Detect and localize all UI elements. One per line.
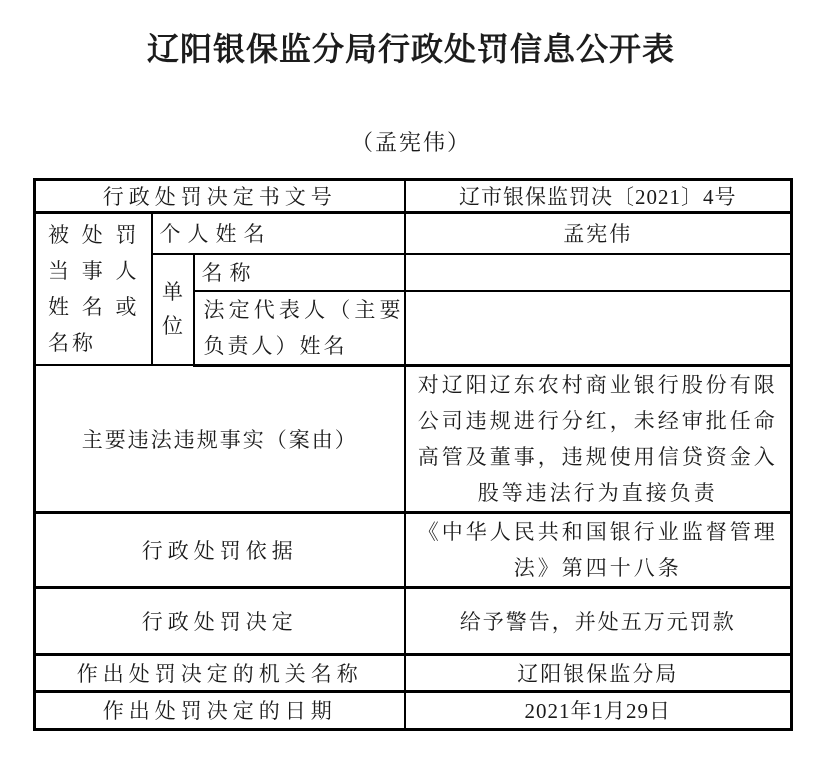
facts-value: 对辽阳辽东农村商业银行股份有限公司违规进行分红，未经审批任命高管及董事，违规使用… <box>405 365 792 512</box>
date-value: 2021年1月29日 <box>405 691 792 729</box>
subject-name-subtitle: （孟宪伟） <box>0 126 822 157</box>
doc-number-label: 行政处罚决定书文号 <box>35 180 405 213</box>
doc-number-value: 辽市银保监罚决〔2021〕4号 <box>405 180 792 213</box>
penalty-info-table: 行政处罚决定书文号 辽市银保监罚决〔2021〕4号 被处罚当事人姓名或名称 个人… <box>33 178 793 731</box>
basis-value: 《中华人民共和国银行业监督管理法》第四十八条 <box>405 512 792 587</box>
personal-name-value: 孟宪伟 <box>405 213 792 254</box>
decision-label: 行政处罚决定 <box>35 587 405 654</box>
table-row: 作出处罚决定的机关名称 辽阳银保监分局 <box>35 654 792 691</box>
table-row: 行政处罚决定 给予警告，并处五万元罚款 <box>35 587 792 654</box>
table-row: 行政处罚决定书文号 辽市银保监罚决〔2021〕4号 <box>35 180 792 213</box>
unit-name-label: 名称 <box>194 254 405 291</box>
table-row: 主要违法违规事实（案由） 对辽阳辽东农村商业银行股份有限公司违规进行分红，未经审… <box>35 365 792 512</box>
unit-label: 单位 <box>152 254 194 366</box>
authority-value: 辽阳银保监分局 <box>405 654 792 691</box>
legal-rep-value <box>405 291 792 366</box>
basis-label: 行政处罚依据 <box>35 512 405 587</box>
date-label: 作出处罚决定的日期 <box>35 691 405 729</box>
unit-name-value <box>405 254 792 291</box>
table-row: 作出处罚决定的日期 2021年1月29日 <box>35 691 792 729</box>
table-row: 被处罚当事人姓名或名称 个人姓名 孟宪伟 <box>35 213 792 254</box>
decision-value: 给予警告，并处五万元罚款 <box>405 587 792 654</box>
legal-rep-label: 法定代表人（主要负责人）姓名 <box>194 291 405 366</box>
authority-label: 作出处罚决定的机关名称 <box>35 654 405 691</box>
facts-label: 主要违法违规事实（案由） <box>35 365 405 512</box>
table-row: 行政处罚依据 《中华人民共和国银行业监督管理法》第四十八条 <box>35 512 792 587</box>
page-title: 辽阳银保监分局行政处罚信息公开表 <box>0 24 822 70</box>
personal-name-label: 个人姓名 <box>152 213 405 254</box>
party-name-label: 被处罚当事人姓名或名称 <box>35 213 152 366</box>
